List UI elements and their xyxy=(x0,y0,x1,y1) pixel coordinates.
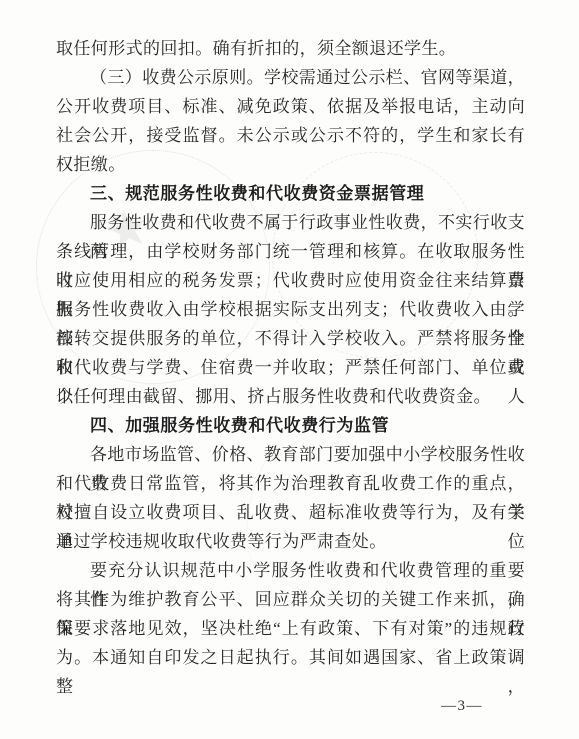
document-body: 取任何形式的回扣。确有折扣的，须全额退还学生。（三）收费公示原则。学校需通过公示… xyxy=(56,34,525,672)
text-line: 社会公开，接受监督。未公示或公示不符的，学生和家长有 xyxy=(56,121,525,150)
text-line: 部转交提供服务的单位，不得计入学校收入。严禁将服务性收费 xyxy=(56,324,525,353)
section-heading: 三、规范服务性收费和代收费资金票据管理 xyxy=(56,179,525,208)
text-line: 各地市场监管、价格、教育部门要加强中小学校服务性收费 xyxy=(56,440,525,469)
text-line: 条线管理，由学校财务部门统一管理和核算。在收取服务性收费 xyxy=(56,237,525,266)
text-line: 为。本通知自印发之日起执行。其间如遇国家、省上政策调整， xyxy=(56,643,525,672)
text-line: 和代收费与学费、住宿费一并收取；严禁任何部门、单位或个人 xyxy=(56,353,525,382)
text-line: 以任何理由截留、挪用、挤占服务性收费和代收费资金。 xyxy=(56,382,525,411)
text-line: 服务性收费和代收费不属于行政事业性收费，不实行收支两 xyxy=(56,208,525,237)
text-line: 取任何形式的回扣。确有折扣的，须全额退还学生。 xyxy=(56,34,525,63)
text-line: 策要求落地见效，坚决杜绝“上有政策、下有对策”的违规行 xyxy=(56,614,525,643)
document-page: ★ 取任何形式的回扣。确有折扣的，须全额退还学生。（三）收费公示原则。学校需通过… xyxy=(0,0,579,739)
text-line: 将其作为维护教育公平、回应群众关切的关键工作来抓，确保政 xyxy=(56,585,525,614)
text-line: 和代收费日常监管，将其作为治理教育乱收费工作的重点，对学 xyxy=(56,469,525,498)
text-line: 校擅自设立收费项目、乱收费、超标准收费等行为，及有关单位 xyxy=(56,498,525,527)
section-heading: 四、加强服务性收费和代收费行为监管 xyxy=(56,411,525,440)
text-line: 服务性收费收入由学校根据实际支出列支；代收费收入由学校全 xyxy=(56,295,525,324)
text-line: 权拒缴。 xyxy=(56,150,525,179)
text-line: 公开收费项目、标准、减免政策、依据及举报电话，主动向 xyxy=(56,92,525,121)
text-line: （三）收费公示原则。学校需通过公示栏、官网等渠道， xyxy=(56,63,525,92)
text-line: 要充分认识规范中小学服务性收费和代收费管理的重要性， xyxy=(56,556,525,585)
page-number: —3— xyxy=(441,698,483,715)
text-line: 时应使用相应的税务发票；代收费时应使用资金往来结算票据。 xyxy=(56,266,525,295)
